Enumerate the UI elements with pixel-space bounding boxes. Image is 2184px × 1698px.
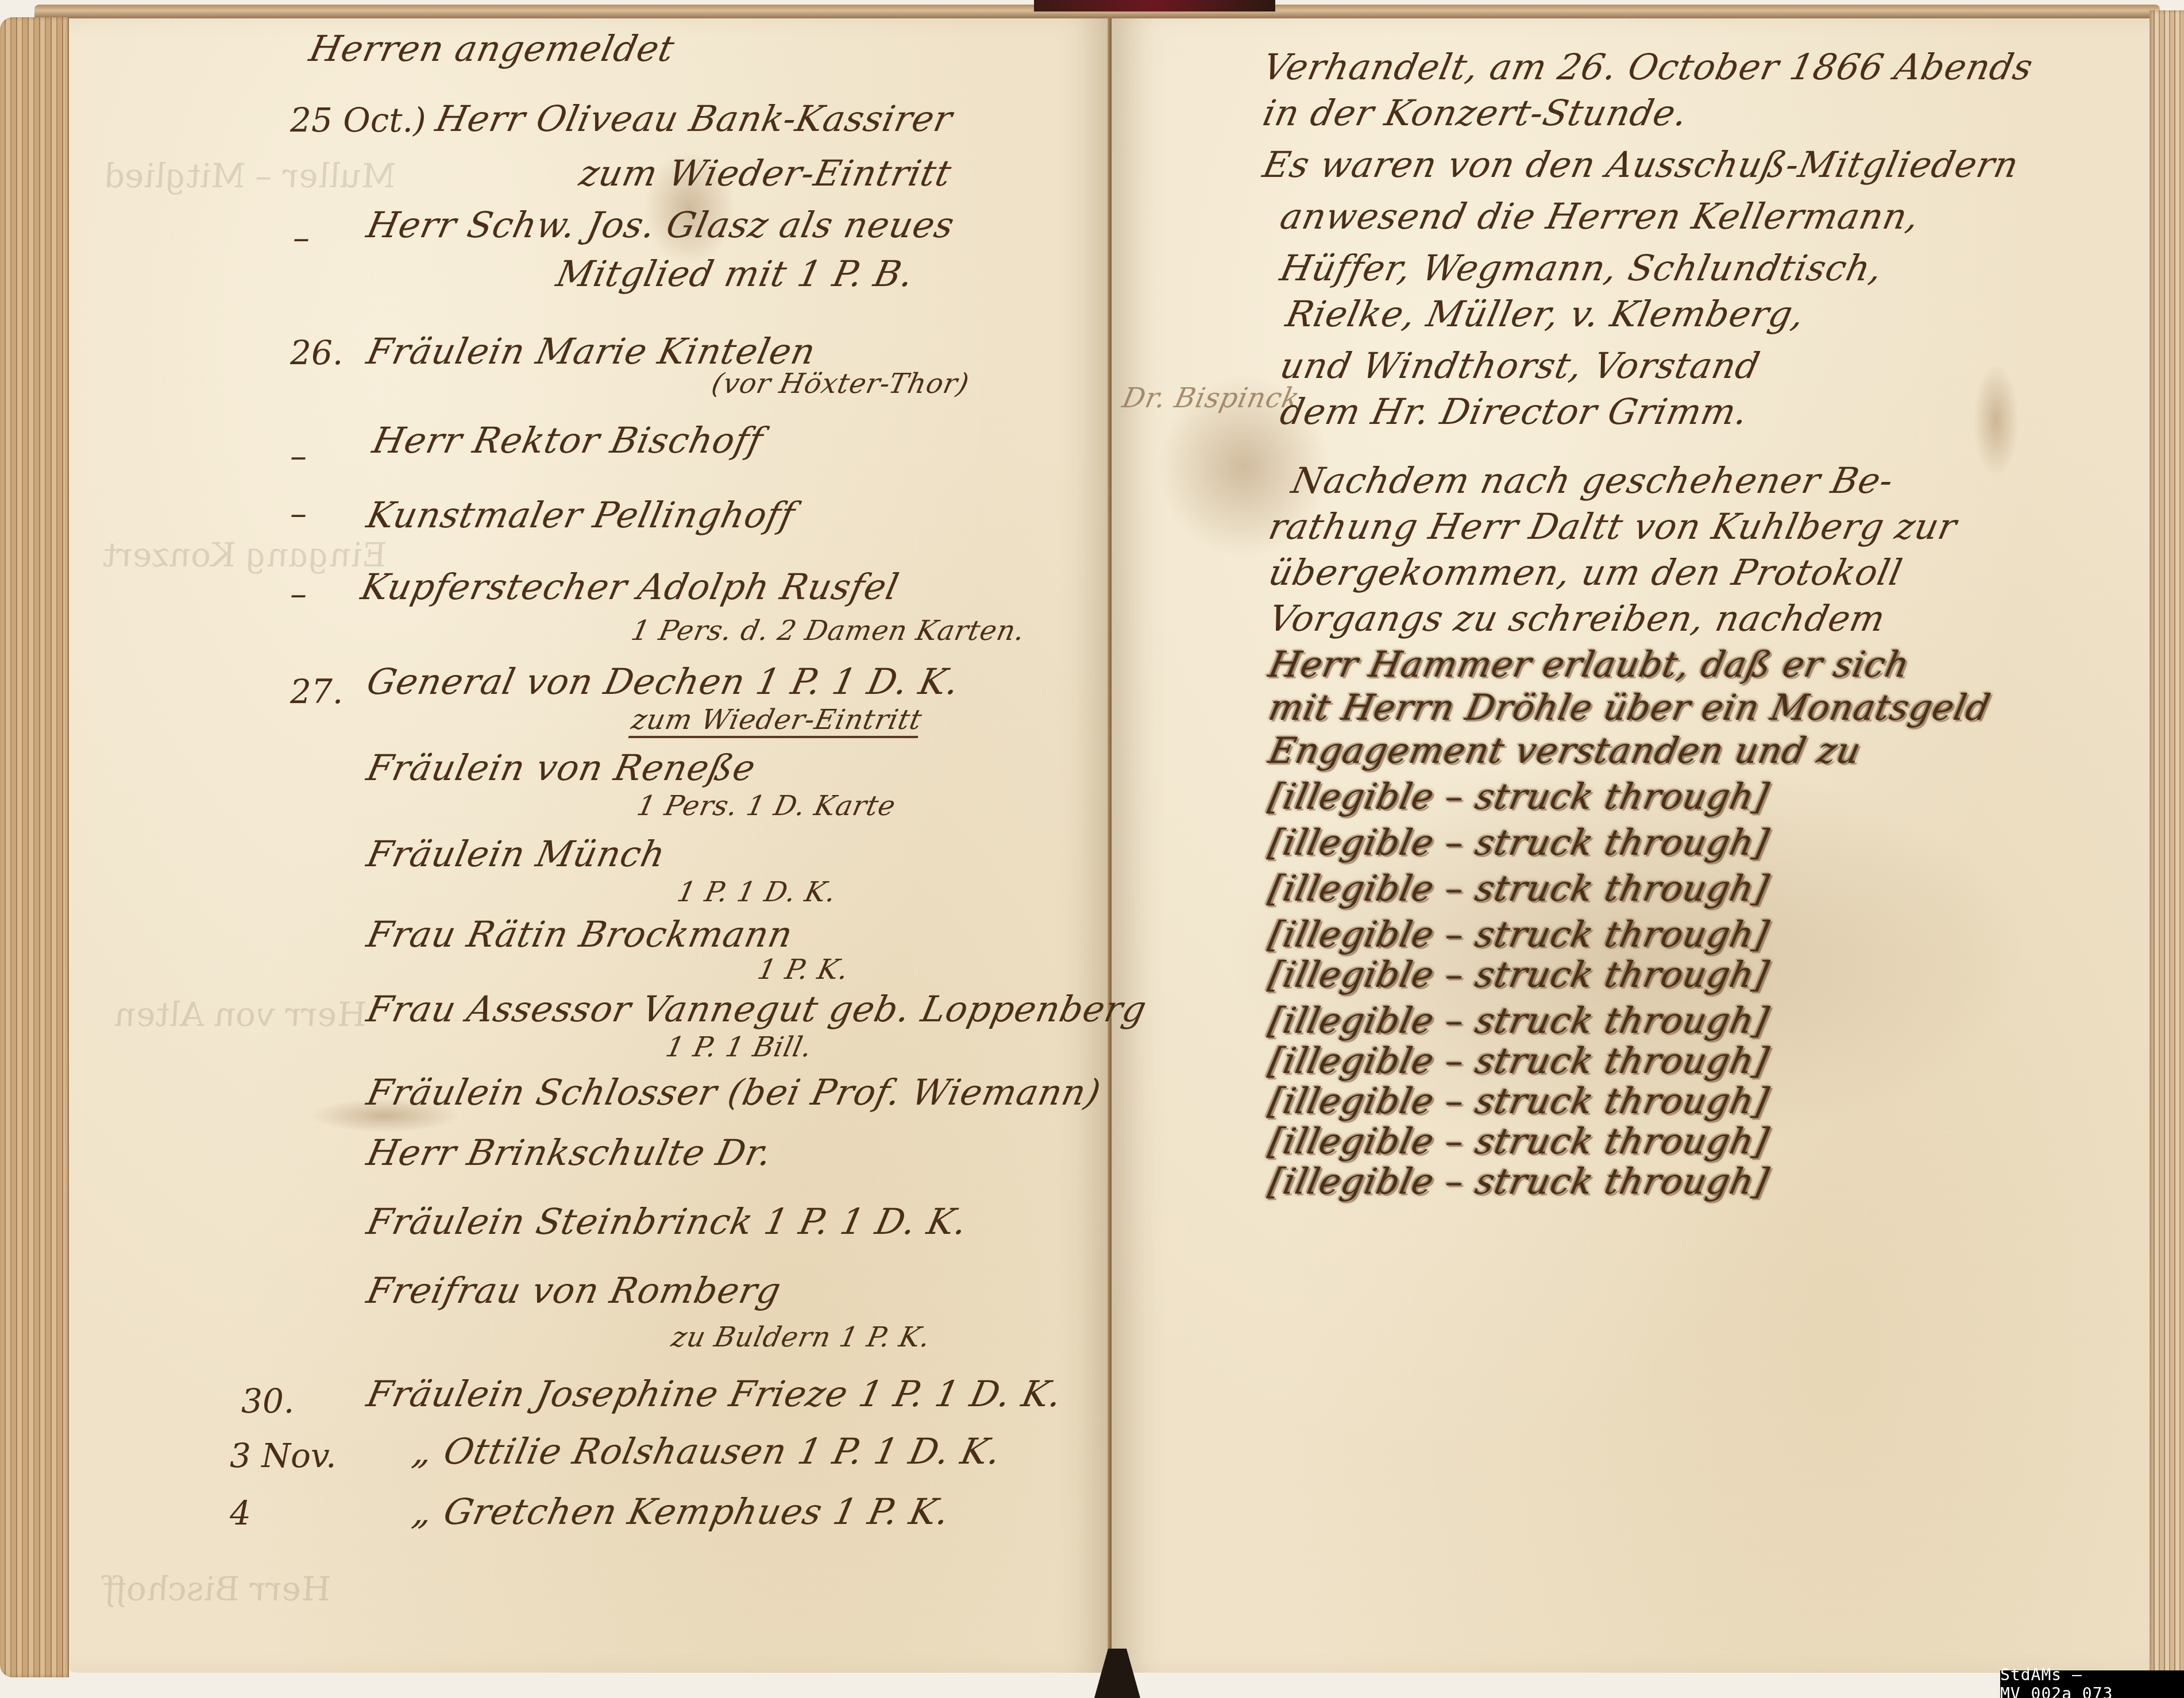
entry-date: 30. — [241, 1381, 294, 1421]
minutes-line: rathung Herr Daltt von Kuhlberg zur — [1265, 505, 1961, 547]
entry-text: Fräulein von Reneße — [363, 747, 759, 789]
entry-text: „ Gretchen Kemphues 1 P. K. — [409, 1491, 954, 1533]
minutes-line: übergekommen, um den Protokoll — [1265, 551, 1906, 593]
entry-date: – — [290, 574, 307, 613]
entry-text: General von Dechen 1 P. 1 D. K. — [363, 661, 963, 703]
entry-text: Mitglied mit 1 P. B. — [553, 253, 917, 295]
margin-note: Dr. Bispinck — [1120, 382, 1303, 414]
entry-text: zu Buldern 1 P. K. — [669, 1321, 933, 1353]
entry-text: Fräulein Münch — [363, 833, 669, 875]
book-spread: Muller – Mitglied Eingang Konzert Herr v… — [0, 0, 2184, 1698]
entry-date: – — [290, 494, 307, 533]
struck-line: [illegible – struck through] — [1265, 867, 1773, 909]
entry-text: 1 P. 1 D. K. — [674, 876, 839, 908]
entry-text: Herr Brinkschulte Dr. — [363, 1132, 776, 1174]
entry-text: 1 Pers. 1 D. Karte — [634, 790, 899, 822]
minutes-line: Nachdem nach geschehener Be- — [1288, 460, 1897, 501]
cover-spine-strip — [1034, 0, 1275, 11]
left-page-stack — [0, 17, 69, 1677]
entry-text: Fräulein Marie Kintelen — [363, 330, 820, 372]
minutes-line: anwesend die Herren Kellermann, — [1276, 195, 1923, 237]
minutes-line: in der Konzert-Stunde. — [1259, 92, 1692, 134]
struck-line: [illegible – struck through] — [1265, 954, 1773, 995]
minutes-line: Rielke, Müller, v. Klemberg, — [1282, 293, 1808, 335]
entry-date: – — [290, 437, 307, 476]
entry-text: Herr Rektor Bischoff — [369, 419, 767, 461]
entry-text: Fräulein Schlosser (bei Prof. Wiemann) — [363, 1071, 1105, 1113]
minutes-line: und Windthorst, Vorstand — [1276, 345, 1764, 387]
entry-text: Frau Rätin Brockmann — [363, 913, 797, 955]
entry-text: zum Wieder-Eintritt — [576, 152, 955, 194]
struck-line: [illegible – struck through] — [1265, 1040, 1773, 1082]
minutes-line: Verhandelt, am 26. October 1866 Abends — [1259, 46, 2037, 88]
entry-text: 1 P. K. — [755, 954, 852, 986]
entry-text: „ Ottilie Rolshausen 1 P. 1 D. K. — [409, 1430, 1005, 1472]
entry-text: 1 P. 1 Bill. — [663, 1031, 815, 1063]
entry-date: 25 Oct.) — [290, 101, 426, 140]
struck-line: [illegible – struck through] — [1265, 775, 1773, 817]
right-page-stack — [2150, 10, 2184, 1676]
entry-text: Freifrau von Romberg — [363, 1269, 785, 1311]
struck-line: [illegible – struck through] — [1265, 1080, 1773, 1122]
minutes-line: Vorgangs zu schreiben, nachdem — [1265, 597, 1889, 639]
entry-text: 1 Pers. d. 2 Damen Karten. — [628, 615, 1028, 647]
entry-text: Kupferstecher Adolph Rusfel — [357, 566, 902, 608]
entry-date: 26. — [290, 333, 343, 372]
struck-line: [illegible – struck through] — [1265, 821, 1773, 863]
entry-text: Herren angemeldet — [306, 28, 678, 70]
minutes-line: Es waren von den Ausschuß-Mitgliedern — [1259, 144, 2023, 186]
entry-text: zum Wieder-Eintritt — [628, 704, 925, 738]
minutes-line: dem Hr. Director Grimm. — [1276, 391, 1752, 433]
minutes-line: Engagement verstanden und zu — [1265, 730, 1865, 771]
entry-date: 3 Nov. — [230, 1436, 336, 1475]
entry-date: 4 — [230, 1494, 251, 1533]
archive-label: StdAMs – MV_002a_073 — [2000, 1670, 2184, 1698]
entry-date: 27. — [290, 672, 343, 711]
minutes-line: Herr Hammer erlaubt, daß er sich — [1265, 643, 1913, 685]
entry-date: – — [293, 218, 310, 257]
struck-line: [illegible – struck through] — [1265, 999, 1773, 1041]
entry-text: Fräulein Josephine Frieze 1 P. 1 D. K. — [363, 1373, 1066, 1415]
struck-line: [illegible – struck through] — [1265, 1120, 1773, 1162]
entry-text: Frau Assessor Vannegut geb. Loppenberg — [363, 988, 1151, 1030]
minutes-line: mit Herrn Dröhle über ein Monatsgeld — [1265, 686, 1994, 728]
struck-line: [illegible – struck through] — [1265, 913, 1773, 955]
minutes-line: Hüffer, Wegmann, Schlundtisch, — [1276, 247, 1886, 289]
entry-text: Kunstmaler Pellinghoff — [363, 494, 799, 536]
entry-text: Fräulein Steinbrinck 1 P. 1 D. K. — [363, 1201, 971, 1242]
entry-text: Herr Oliveau Bank-Kassirer — [432, 98, 956, 140]
entry-text: Herr Schw. Jos. Glasz als neues — [363, 204, 958, 246]
entry-text: (vor Höxter-Thor) — [709, 368, 972, 400]
struck-line: [illegible – struck through] — [1265, 1160, 1773, 1202]
